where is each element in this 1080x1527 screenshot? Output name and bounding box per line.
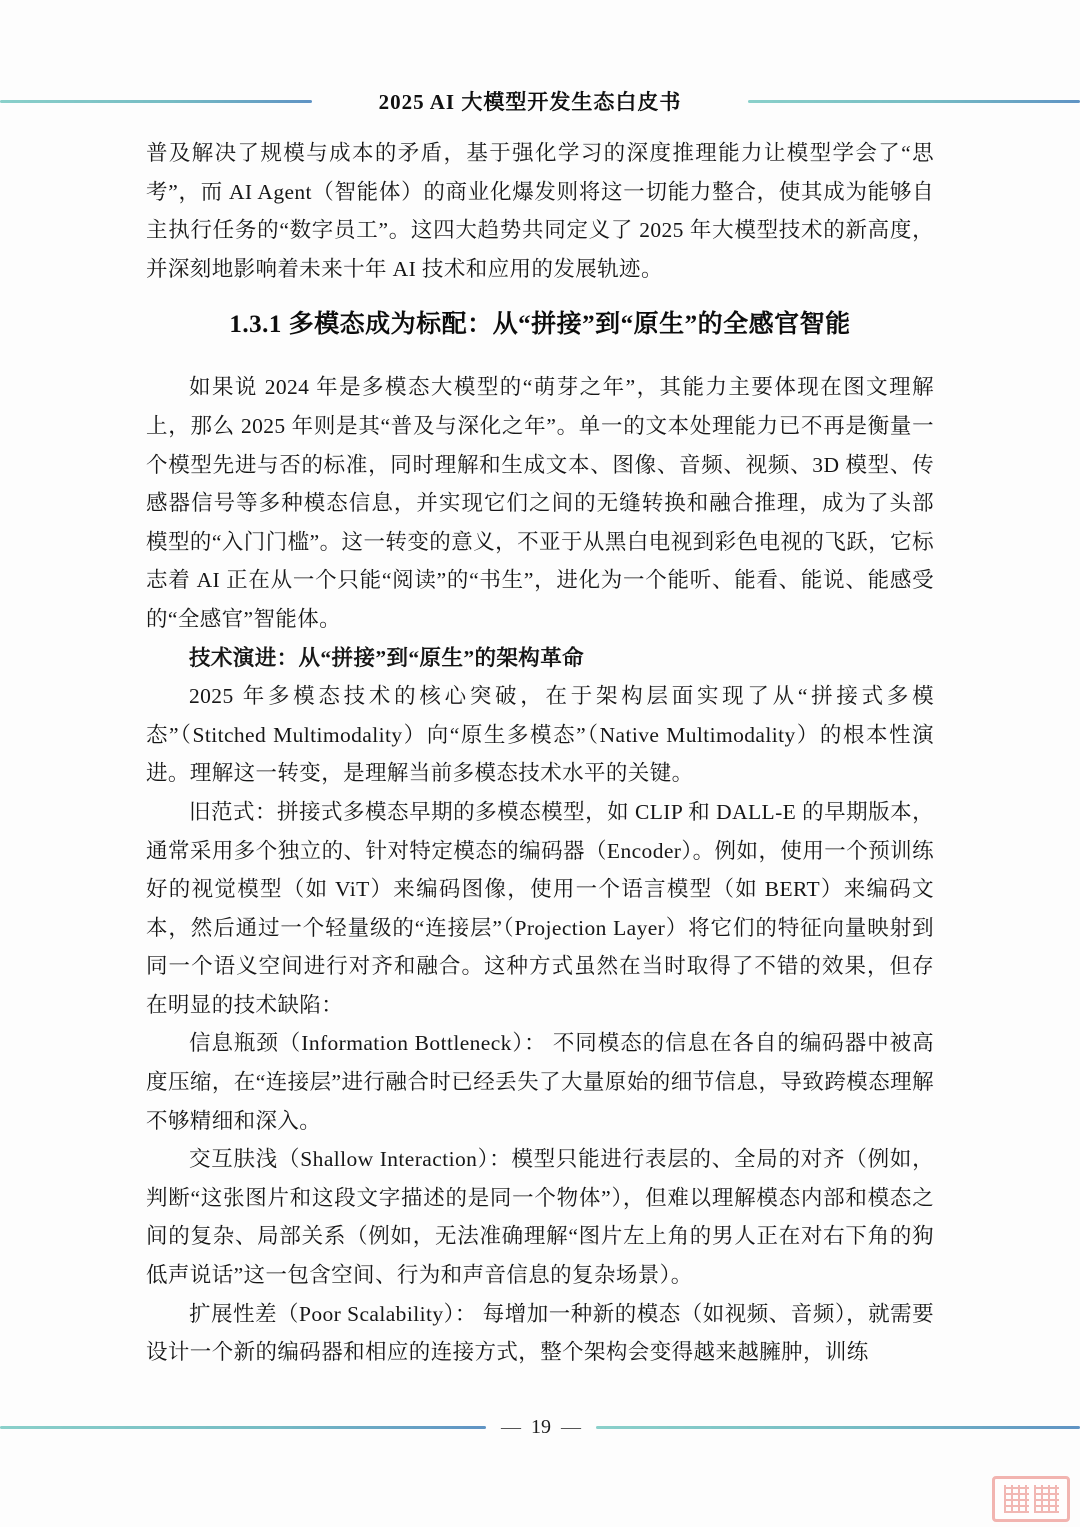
paragraph-information-bottleneck: 信息瓶颈（Information Bottleneck）： 不同模态的信息在各自… bbox=[146, 1024, 934, 1140]
paragraph-continuation: 普及解决了规模与成本的矛盾，基于强化学习的深度推理能力让模型学会了“思考”，而 … bbox=[146, 134, 934, 288]
paragraph-old-paradigm: 旧范式：拼接式多模态早期的多模态模型，如 CLIP 和 DALL-E 的早期版本… bbox=[146, 793, 934, 1025]
document-body: 普及解决了规模与成本的矛盾，基于强化学习的深度推理能力让模型学会了“思考”，而 … bbox=[146, 134, 934, 1372]
paragraph-shallow-interaction: 交互肤浅（Shallow Interaction）：模型只能进行表层的、全局的对… bbox=[146, 1140, 934, 1294]
document-page: 2025 AI 大模型开发生态白皮书 普及解决了规模与成本的矛盾，基于强化学习的… bbox=[0, 0, 1080, 1527]
red-seal-stamp-icon bbox=[992, 1476, 1070, 1522]
footer-rule-left bbox=[0, 1426, 486, 1429]
header-rule-right bbox=[748, 100, 1080, 103]
header-title: 2025 AI 大模型开发生态白皮书 bbox=[312, 86, 748, 116]
footer-rule-right bbox=[596, 1426, 1080, 1429]
page-header: 2025 AI 大模型开发生态白皮书 bbox=[0, 89, 1080, 113]
page-number-dash-left: — bbox=[501, 1416, 521, 1439]
subheading-technical-evolution: 技术演进：从“拼接”到“原生”的架构革命 bbox=[146, 639, 934, 678]
page-number-dash-right: — bbox=[561, 1416, 581, 1439]
seal-glyph-left bbox=[1004, 1485, 1029, 1513]
seal-glyph-right bbox=[1034, 1485, 1059, 1513]
page-number: 19 bbox=[531, 1416, 551, 1439]
section-heading: 1.3.1 多模态成为标配：从“拼接”到“原生”的全感官智能 bbox=[146, 304, 934, 346]
paragraph-core-breakthrough: 2025 年多模态技术的核心突破，在于架构层面实现了从“拼接式多模态”（Stit… bbox=[146, 677, 934, 793]
paragraph-multimodal-overview: 如果说 2024 年是多模态大模型的“萌芽之年”，其能力主要体现在图文理解上，那… bbox=[146, 368, 934, 638]
page-footer: — 19 — bbox=[0, 1414, 1080, 1440]
page-number-block: — 19 — bbox=[486, 1416, 596, 1439]
header-rule-left bbox=[0, 100, 312, 103]
paragraph-poor-scalability: 扩展性差（Poor Scalability）： 每增加一种新的模态（如视频、音频… bbox=[146, 1295, 934, 1372]
